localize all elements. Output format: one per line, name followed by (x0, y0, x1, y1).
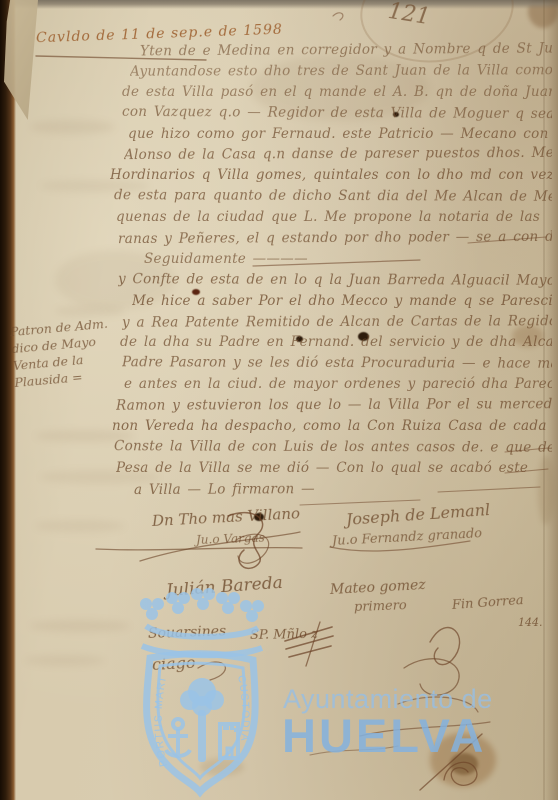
stain (200, 758, 244, 776)
bleedthrough-ghost (30, 120, 115, 134)
signature-fernandez: Ju.o Fernandz granado (332, 526, 483, 549)
manuscript-line: Ayuntandose esto dho tres de Sant Juan d… (130, 62, 552, 84)
manuscript-line: ranas y Peñeres, el q estando por dho po… (118, 229, 552, 252)
signature-fran: Fin Gorrea (451, 593, 524, 613)
manuscript-line: Padre Pasaron y se les dió esta Procurad… (122, 355, 552, 377)
manuscript-body: Yten de e Medina en corregidor y a Nombr… (122, 42, 552, 502)
manuscript-line: Pesa de la Villa se me dió — Con lo qual… (116, 460, 552, 481)
manuscript-line: Alonso de la Casa q.n danse de pareser p… (124, 145, 552, 168)
signature-escribano-rubric: Ju.o Vargas (196, 531, 265, 547)
manuscript-line: Yten de e Medina en corregidor y a Nombr… (140, 41, 552, 65)
signature-mateo-primero: primero (354, 598, 407, 615)
signature-joseph: Joseph de Lemanl (345, 500, 490, 529)
signature-souarsines: Souarsines (148, 623, 227, 642)
manuscript-line: y Confte de esta de en lo q la Juan Barr… (118, 271, 552, 293)
manuscript-line: Ramon y estuvieron los que lo — la Villa… (116, 396, 552, 418)
motto-right: CUSTODIA (235, 674, 251, 742)
manuscript-line: con Vazquez q.o — Regidor de esta Villa … (122, 104, 552, 127)
bleedthrough-ghost (30, 620, 130, 632)
manuscript-line: de esta para quanto de dicho Sant dia de… (114, 187, 552, 209)
manuscript-line: y a Rea Patente Remitido de Alcan de Car… (122, 313, 552, 335)
bleedthrough-ghost (35, 520, 125, 532)
bleedthrough-ghost (25, 655, 105, 666)
manuscript-line: Seguidamente ———— (144, 251, 552, 272)
manuscript-line: Hordinarios q Villa gomes, quintales con… (110, 167, 552, 188)
signature-julian: Julián Bareda (165, 573, 283, 601)
tower-icon (220, 724, 238, 758)
manuscript-line: Conste la Villa de con Luis de los antes… (114, 438, 552, 460)
manuscript-line: quenas de la ciudad que L. Me propone la… (116, 209, 552, 230)
signature-souarsines-2: SP. Mñlo z (250, 627, 318, 643)
manuscript-line: que hizo como gor Fernaud. este Patricio… (128, 126, 552, 147)
folio-mark: 144. (518, 616, 543, 629)
manuscript-line: e antes en la ciud. de mayor ordenes y p… (124, 376, 552, 397)
manuscript-line: Me hice a saber Por el dho Mecco y mande… (132, 293, 552, 314)
signature-mateo: Mateo gomez (330, 577, 427, 598)
margin-note: Patron de Adm. dico de Mayo Venta de la … (9, 313, 132, 391)
svg-text:CUSTODIA: CUSTODIA (235, 674, 251, 742)
manuscript-page-scan: 121 Cavldo de 11 de sep.e de 1598 Yten d… (0, 0, 558, 800)
tree-icon (180, 678, 224, 762)
manuscript-line: de la dha su Padre en Fernand. del servi… (120, 334, 552, 355)
manuscript-line: de esta Villa pasó en el q mande el A. B… (122, 84, 552, 105)
binding-edge (0, 0, 16, 800)
signature-escribano: Dn Tho mas Villano (152, 504, 301, 530)
manuscript-line: non Vereda ha despacho, como la Con Ruiz… (112, 418, 552, 439)
signature-souarsines-3: ciago (152, 653, 196, 674)
watermark-title-bold: HUELVA (282, 708, 558, 763)
anchor-icon (166, 719, 190, 756)
